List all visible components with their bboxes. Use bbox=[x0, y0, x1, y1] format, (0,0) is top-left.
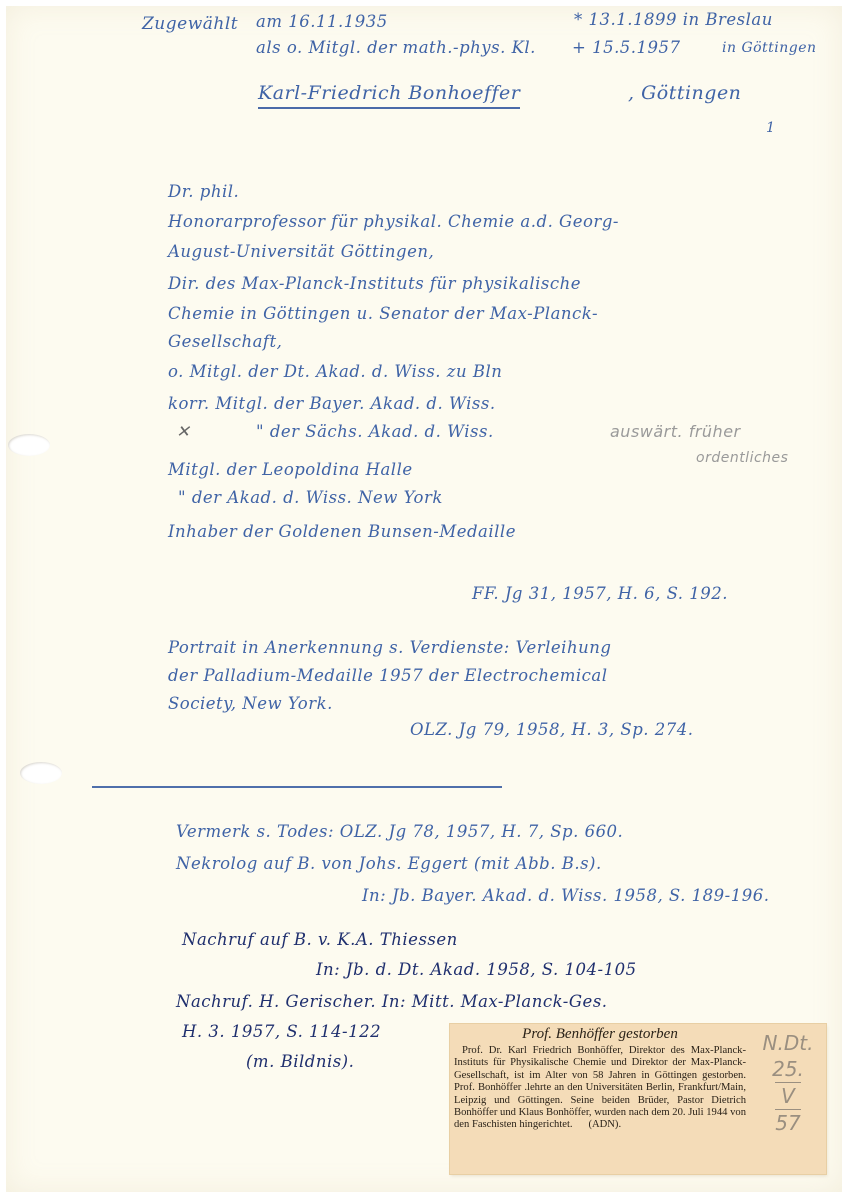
title-line: Dr. phil. bbox=[168, 182, 239, 201]
reference-olz-1958: OLZ. Jg 79, 1958, H. 3, Sp. 274. bbox=[410, 720, 694, 739]
reference-ff: FF. Jg 31, 1957, H. 6, S. 192. bbox=[472, 584, 728, 603]
death-date: + 15.5.1957 bbox=[572, 38, 681, 57]
clipping-article: Prof. Benhöffer gestorben Prof. Dr. Karl… bbox=[454, 1026, 746, 1132]
note-source: N.Dt. bbox=[754, 1030, 822, 1056]
title-line: Honorarprofessor für physikal. Chemie a.… bbox=[168, 212, 619, 231]
title-line: August-Universität Göttingen, bbox=[168, 242, 434, 261]
membership-line: " der Akad. d. Wiss. New York bbox=[178, 488, 443, 507]
title-line: Chemie in Göttingen u. Senator der Max-P… bbox=[168, 304, 598, 323]
newspaper-clipping: Prof. Benhöffer gestorben Prof. Dr. Karl… bbox=[450, 1024, 826, 1174]
name-underlined: Karl-Friedrich Bonhoeffer bbox=[258, 82, 520, 109]
section-divider bbox=[92, 786, 502, 788]
person-city: , Göttingen bbox=[628, 82, 741, 104]
palladium-line: Portrait in Anerkennung s. Verdienste: V… bbox=[168, 638, 611, 657]
note-day: 25. bbox=[754, 1056, 822, 1082]
obituary-line: In: Jb. d. Dt. Akad. 1958, S. 104-105 bbox=[316, 960, 637, 979]
pencil-note: auswärt. früher bbox=[610, 422, 741, 441]
title-line: Dir. des Max-Planck-Instituts für physik… bbox=[168, 274, 581, 293]
elected-date: am 16.11.1935 bbox=[256, 12, 388, 31]
punch-hole-top bbox=[8, 434, 50, 456]
pencil-note: ordentliches bbox=[696, 450, 788, 466]
membership-line: Inhaber der Goldenen Bunsen-Medaille bbox=[168, 522, 516, 541]
note-month: V bbox=[754, 1083, 822, 1109]
title-line: korr. Mitgl. der Bayer. Akad. d. Wiss. bbox=[168, 394, 496, 413]
cross-mark-icon: ✕ bbox=[176, 422, 190, 441]
death-note-line: In: Jb. Bayer. Akad. d. Wiss. 1958, S. 1… bbox=[362, 886, 769, 905]
title-line: Gesellschaft, bbox=[168, 332, 282, 351]
obituary-line: (m. Bildnis). bbox=[246, 1052, 354, 1071]
title-line: o. Mitgl. der Dt. Akad. d. Wiss. zu Bln bbox=[168, 362, 502, 381]
death-note-line: Nekrolog auf B. von Johs. Eggert (mit Ab… bbox=[176, 854, 602, 873]
palladium-line: Society, New York. bbox=[168, 694, 333, 713]
birth-info: * 13.1.1899 in Breslau bbox=[574, 10, 773, 29]
elected-label: Zugewählt bbox=[142, 14, 238, 34]
document-page: Zugewählt am 16.11.1935 als o. Mitgl. de… bbox=[6, 6, 842, 1192]
clipping-source: (ADN). bbox=[588, 1119, 621, 1130]
elected-class: als o. Mitgl. der math.-phys. Kl. bbox=[256, 38, 536, 57]
palladium-line: der Palladium-Medaille 1957 der Electroc… bbox=[168, 666, 608, 685]
obituary-line: Nachruf auf B. v. K.A. Thiessen bbox=[182, 930, 458, 949]
clipping-body-text: Prof. Dr. Karl Friedrich Bonhöffer, Dire… bbox=[454, 1045, 746, 1130]
death-note-line: Vermerk s. Todes: OLZ. Jg 78, 1957, H. 7… bbox=[176, 822, 623, 841]
obituary-line: Nachruf. H. Gerischer. In: Mitt. Max-Pla… bbox=[176, 992, 608, 1011]
clipping-handwritten-note: N.Dt. 25. V 57 bbox=[754, 1030, 822, 1136]
punch-hole-bottom bbox=[20, 762, 62, 784]
clipping-body: Prof. Dr. Karl Friedrich Bonhöffer, Dire… bbox=[454, 1045, 746, 1132]
title-line: " der Sächs. Akad. d. Wiss. bbox=[256, 422, 494, 441]
obituary-line: H. 3. 1957, S. 114-122 bbox=[182, 1022, 381, 1041]
person-name: Karl-Friedrich Bonhoeffer bbox=[258, 82, 520, 104]
clipping-headline: Prof. Benhöffer gestorben bbox=[454, 1026, 746, 1043]
membership-line: Mitgl. der Leopoldina Halle bbox=[168, 460, 413, 479]
death-place: in Göttingen bbox=[722, 40, 817, 56]
page-number: 1 bbox=[766, 120, 775, 136]
note-year: 57 bbox=[754, 1110, 822, 1136]
